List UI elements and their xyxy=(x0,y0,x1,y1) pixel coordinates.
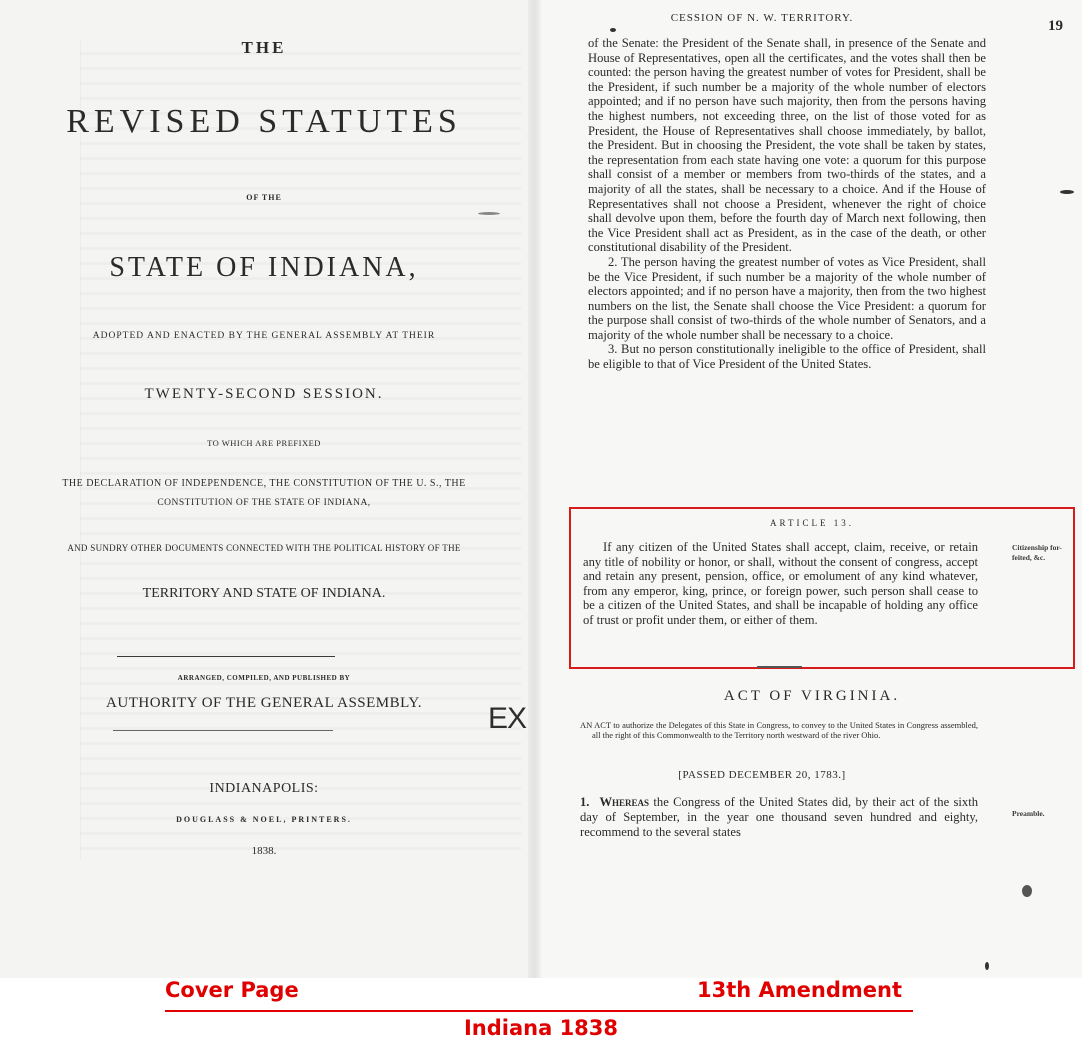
library-stamp: EX xyxy=(488,702,526,736)
book-gutter xyxy=(528,0,542,978)
paragraph-3: 3. But no person constitutionally inelig… xyxy=(588,342,986,371)
passed-date: [PASSED DECEMBER 20, 1783.] xyxy=(542,769,982,781)
section-number: 1. xyxy=(580,795,589,809)
cover-territory: TERRITORY AND STATE OF INDIANA. xyxy=(0,586,528,602)
cover-city: INDIANAPOLIS: xyxy=(0,781,528,797)
caption-indiana-1838: Indiana 1838 xyxy=(0,1016,1082,1040)
margin-note-preamble: Preamble. xyxy=(1012,809,1045,819)
margin-note-line2: feited, &c. xyxy=(1012,553,1062,563)
cover-printers: DOUGLASS & NOEL, PRINTERS. xyxy=(0,815,528,824)
cover-rule-top xyxy=(117,656,335,657)
caption-cover-page: Cover Page xyxy=(165,978,299,1002)
ink-speck xyxy=(1060,190,1074,194)
cover-rule-bottom xyxy=(113,730,333,731)
caption-13th-amendment: 13th Amendment xyxy=(697,978,902,1002)
paragraph-2: 2. The person having the greatest number… xyxy=(588,255,986,343)
ink-speck xyxy=(1022,885,1032,897)
cover-declaration-line1: THE DECLARATION OF INDEPENDENCE, THE CON… xyxy=(0,478,528,489)
cover-adopted: ADOPTED AND ENACTED BY THE GENERAL ASSEM… xyxy=(0,331,528,341)
ink-speck xyxy=(478,212,500,215)
cover-sundry: AND SUNDRY OTHER DOCUMENTS CONNECTED WIT… xyxy=(0,543,528,553)
paragraph-1: of the Senate: the President of the Sena… xyxy=(588,36,986,255)
act-title: ACT OF VIRGINIA. xyxy=(542,688,1082,705)
ink-speck xyxy=(985,962,989,970)
cover-title: REVISED STATUTES xyxy=(0,103,528,141)
cover-year: 1838. xyxy=(0,845,528,857)
ink-speck xyxy=(610,28,616,32)
act-description-text: AN ACT to authorize the Delegates of thi… xyxy=(580,720,978,740)
cover-arranged: ARRANGED, COMPILED, AND PUBLISHED BY xyxy=(0,674,528,682)
cover-of-the: OF THE xyxy=(0,193,528,202)
electoral-text: of the Senate: the President of the Sena… xyxy=(588,36,986,372)
caption-underline xyxy=(165,1010,913,1012)
margin-note-line1: Citizenship for- xyxy=(1012,543,1062,553)
running-head: CESSION OF N. W. TERRITORY. xyxy=(542,12,982,24)
cover-prefixed: TO WHICH ARE PREFIXED xyxy=(0,438,528,448)
cover-page xyxy=(0,0,528,978)
scanned-book-spread: THE REVISED STATUTES OF THE STATE OF IND… xyxy=(0,0,1082,978)
section-divider xyxy=(757,666,802,668)
article-13-paragraph: If any citizen of the United States shal… xyxy=(583,540,978,628)
margin-note-citizenship: Citizenship for- feited, &c. xyxy=(1012,543,1062,563)
act-description: AN ACT to authorize the Delegates of thi… xyxy=(580,720,978,740)
cover-the: THE xyxy=(0,38,528,58)
bleed-through-text xyxy=(80,40,521,860)
cover-session: TWENTY-SECOND SESSION. xyxy=(0,386,528,403)
cover-declaration-line2: CONSTITUTION OF THE STATE OF INDIANA, xyxy=(0,498,528,508)
page-number: 19 xyxy=(1048,18,1063,35)
cover-state: STATE OF INDIANA, xyxy=(0,252,528,284)
whereas-paragraph: 1.Whereas the Congress of the United Sta… xyxy=(580,795,978,840)
whereas-word: Whereas xyxy=(599,795,649,809)
article-title: ARTICLE 13. xyxy=(542,518,1082,528)
article-13-text: If any citizen of the United States shal… xyxy=(583,540,978,628)
cover-authority: AUTHORITY OF THE GENERAL ASSEMBLY. xyxy=(0,695,528,712)
